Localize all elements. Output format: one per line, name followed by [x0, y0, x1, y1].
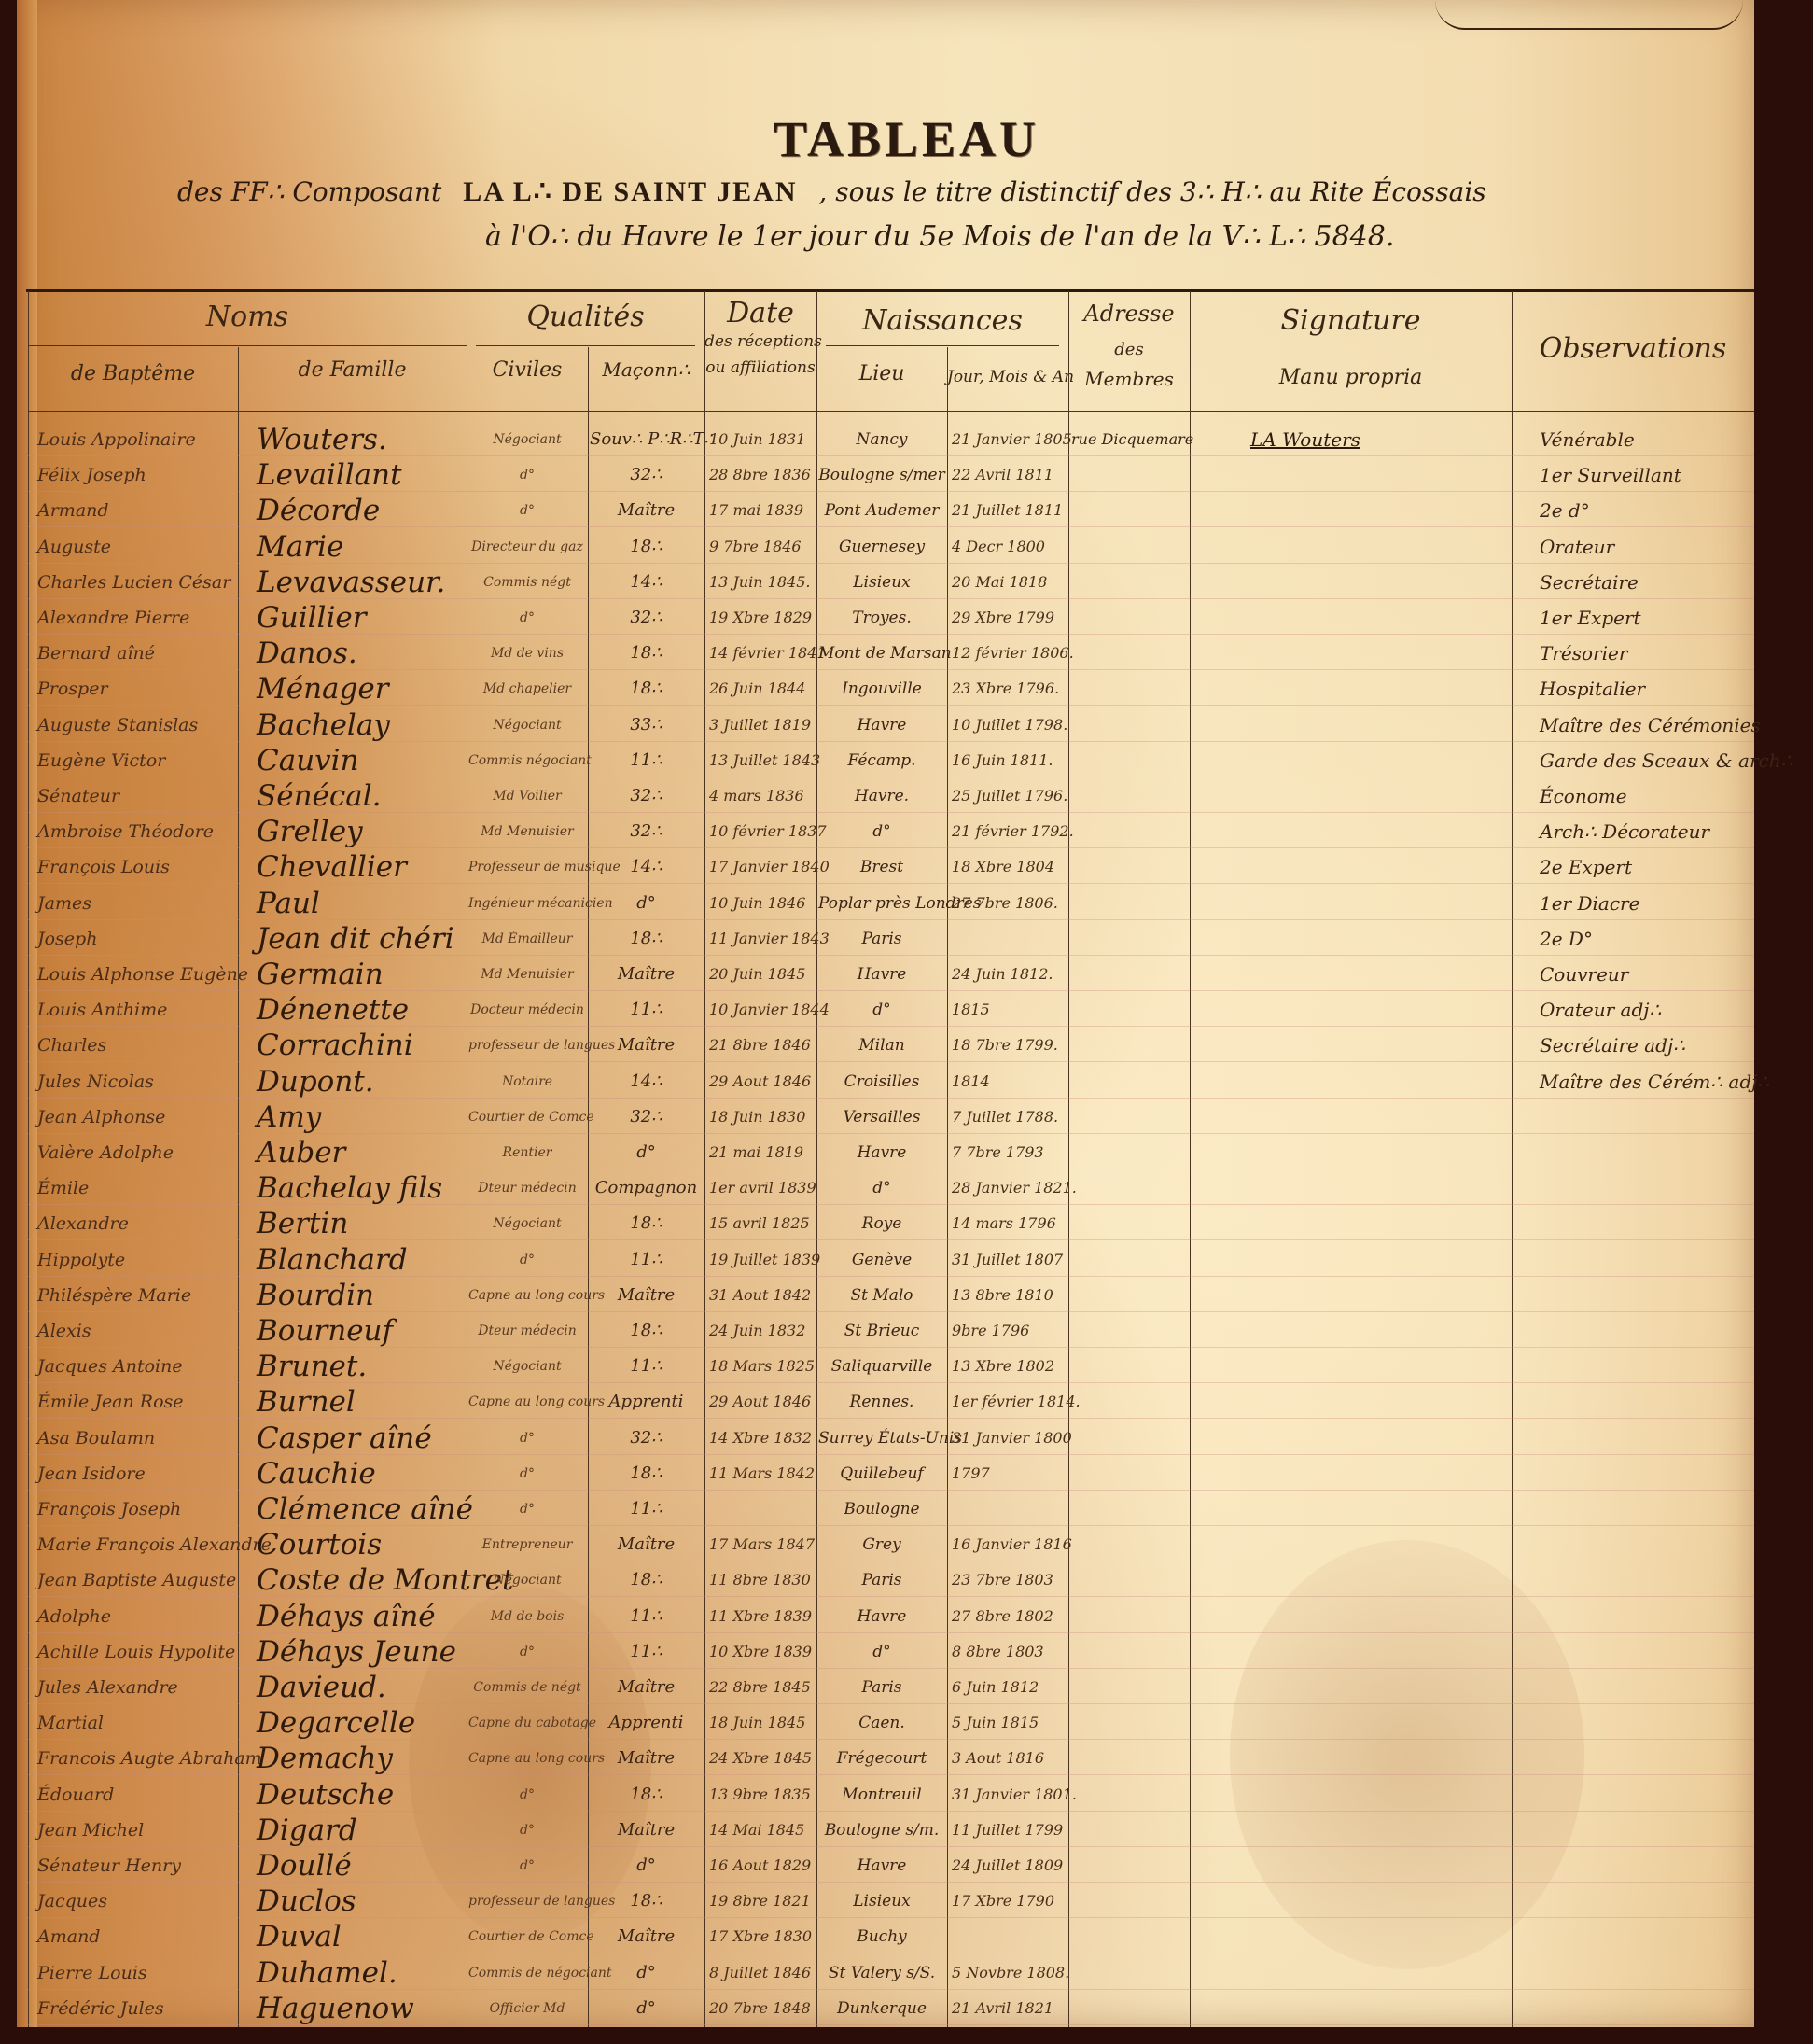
cell-nom-famille: Davieud. [257, 1670, 467, 1705]
cell-grade-maconnique: 18∴ [590, 1206, 703, 1241]
cell-grade-maconnique: Apprenti [590, 1705, 703, 1741]
cell-prenom: Charles Lucien César [37, 565, 233, 600]
cell-observation: Hospitalier [1540, 671, 1754, 707]
cell-signature: LA Wouters [1250, 422, 1493, 457]
cell-observation: 2e Expert [1540, 849, 1754, 885]
cell-date-reception [709, 1491, 816, 1527]
cell-nom-famille: Auber [257, 1135, 467, 1170]
cell-nom-famille: Courtois [257, 1527, 467, 1562]
cell-observation: Orateur [1540, 529, 1754, 565]
header-group-adresse: Adresse [1068, 301, 1190, 327]
cell-lieu-naissance: Croisilles [818, 1064, 945, 1099]
cell-qualite-civile: Commis négt [468, 565, 586, 600]
cell-observation [1540, 1955, 1754, 1991]
cell-signature [1250, 636, 1493, 671]
cell-lieu-naissance: Mont de Marsan [818, 636, 945, 671]
cell-nom-famille: Chevallier [257, 849, 467, 885]
cell-observation: Maître des Cérém∴ adj∴ [1540, 1064, 1754, 1099]
cell-prenom: Achille Louis Hypolite [37, 1634, 233, 1670]
cell-lieu-naissance: St Brieuc [818, 1313, 945, 1349]
cell-prenom: Sénateur Henry [37, 1848, 233, 1883]
cell-observation [1540, 1278, 1754, 1313]
cell-date-reception: 18 Juin 1830 [709, 1099, 816, 1135]
cell-date-naissance: 9bre 1796 [952, 1313, 1068, 1349]
cell-lieu-naissance: d° [818, 1170, 945, 1206]
cell-prenom: Louis Anthime [37, 992, 233, 1028]
cell-date-reception: 13 9bre 1835 [709, 1777, 816, 1813]
cell-qualite-civile: Entrepreneur [468, 1527, 586, 1562]
cell-nom-famille: Cauvin [257, 743, 467, 778]
cell-prenom: Édouard [37, 1777, 233, 1813]
cell-adresse [1071, 1313, 1188, 1349]
cell-grade-maconnique: 11∴ [590, 1634, 703, 1670]
cell-nom-famille: Deutsche [257, 1777, 467, 1813]
cell-signature [1250, 1741, 1493, 1776]
cell-date-naissance: 6 Juin 1812 [952, 1670, 1068, 1705]
header-group-naissances: Naissances [816, 304, 1068, 337]
cell-date-reception: 10 Juin 1831 [709, 422, 816, 457]
cell-adresse [1071, 1991, 1188, 2026]
cell-signature [1250, 849, 1493, 885]
cell-nom-famille: Coste de Montret [257, 1562, 467, 1598]
cell-date-naissance: 5 Juin 1815 [952, 1705, 1068, 1741]
cell-adresse [1071, 992, 1188, 1028]
cell-signature [1250, 1599, 1493, 1634]
cell-signature [1250, 1206, 1493, 1241]
cell-date-reception: 9 7bre 1846 [709, 529, 816, 565]
cell-date-naissance: 21 février 1792. [952, 814, 1068, 849]
cell-grade-maconnique: 32∴ [590, 457, 703, 493]
cell-date-reception: 14 février 1841 [709, 636, 816, 671]
cell-date-naissance: 10 Juillet 1798. [952, 707, 1068, 743]
cell-lieu-naissance: Frégecourt [818, 1741, 945, 1776]
cell-lieu-naissance: Caen. [818, 1705, 945, 1741]
cell-qualite-civile: d° [468, 1491, 586, 1527]
cell-qualite-civile: professeur de langues [468, 1883, 586, 1919]
cell-qualite-civile: Md de bois [468, 1599, 586, 1634]
cell-date-reception: 11 Janvier 1843 [709, 921, 816, 957]
cell-nom-famille: Déhays Jeune [257, 1634, 467, 1670]
cell-qualite-civile: d° [468, 1242, 586, 1278]
cell-signature [1250, 1670, 1493, 1705]
cell-lieu-naissance: Guernesey [818, 529, 945, 565]
cell-lieu-naissance: Paris [818, 1562, 945, 1598]
cell-grade-maconnique: 18∴ [590, 1456, 703, 1491]
cell-date-naissance: 28 Janvier 1821. [952, 1170, 1068, 1206]
cell-date-reception: 21 8bre 1846 [709, 1028, 816, 1063]
cell-signature [1250, 600, 1493, 636]
cell-date-naissance: 7 Juillet 1788. [952, 1099, 1068, 1135]
cell-adresse [1071, 1384, 1188, 1420]
cell-prenom: Louis Alphonse Eugène [37, 957, 233, 992]
cell-qualite-civile: Md Menuisier [468, 814, 586, 849]
cell-lieu-naissance: Boulogne s/m. [818, 1813, 945, 1848]
cell-date-reception: 14 Xbre 1832 [709, 1421, 816, 1456]
cell-nom-famille: Levaillant [257, 457, 467, 493]
cell-date-naissance: 3 Aout 1816 [952, 1741, 1068, 1776]
cell-signature [1250, 1278, 1493, 1313]
cell-lieu-naissance: Lisieux [818, 1883, 945, 1919]
cell-qualite-civile: d° [468, 493, 586, 528]
cell-prenom: Alexandre Pierre [37, 600, 233, 636]
header-receptions-line1: des réceptions [704, 332, 816, 351]
cell-prenom: Francois Augte Abraham [37, 1741, 233, 1776]
cell-observation [1540, 1813, 1754, 1848]
cell-date-reception: 24 Xbre 1845 [709, 1741, 816, 1776]
cell-date-reception: 10 février 1837 [709, 814, 816, 849]
cell-lieu-naissance: St Valery s/S. [818, 1955, 945, 1991]
cell-qualite-civile: Négociant [468, 1206, 586, 1241]
cell-adresse [1071, 778, 1188, 814]
cell-qualite-civile: Rentier [468, 1135, 586, 1170]
header-adresse-membres: Membres [1068, 368, 1190, 390]
cell-observation [1540, 1777, 1754, 1813]
subtitle-prefix: des FF∴ Composant [177, 176, 441, 207]
header-group-observations: Observations [1512, 332, 1754, 365]
cell-lieu-naissance: Troyes. [818, 600, 945, 636]
cell-prenom: Ambroise Théodore [37, 814, 233, 849]
cell-nom-famille: Paul [257, 886, 467, 921]
cell-signature [1250, 1705, 1493, 1741]
cell-nom-famille: Marie [257, 529, 467, 565]
cell-date-reception: 17 mai 1839 [709, 493, 816, 528]
cell-signature [1250, 1527, 1493, 1562]
cell-adresse [1071, 1848, 1188, 1883]
header-group-signature: Signature [1190, 304, 1512, 337]
cell-qualite-civile: d° [468, 600, 586, 636]
cell-observation: Économe [1540, 778, 1754, 814]
cell-nom-famille: Burnel [257, 1384, 467, 1420]
cell-adresse [1071, 814, 1188, 849]
cell-grade-maconnique: 18∴ [590, 1883, 703, 1919]
cell-date-naissance: 24 Juillet 1809 [952, 1848, 1068, 1883]
cell-signature [1250, 457, 1493, 493]
cell-signature [1250, 886, 1493, 921]
cell-adresse [1071, 1562, 1188, 1598]
cell-grade-maconnique: d° [590, 1991, 703, 2026]
cell-observation [1540, 1883, 1754, 1919]
cell-date-naissance: 4 Decr 1800 [952, 529, 1068, 565]
cell-lieu-naissance: d° [818, 814, 945, 849]
cell-date-naissance: 1814 [952, 1064, 1068, 1099]
cell-nom-famille: Bertin [257, 1206, 467, 1241]
cell-prenom: François Joseph [37, 1491, 233, 1527]
cell-qualite-civile: d° [468, 1421, 586, 1456]
cell-adresse [1071, 1349, 1188, 1384]
cell-date-naissance: 7 7bre 1793 [952, 1135, 1068, 1170]
cell-nom-famille: Guillier [257, 600, 467, 636]
cell-signature [1250, 814, 1493, 849]
cell-lieu-naissance: Rennes. [818, 1384, 945, 1420]
cell-qualite-civile: Négociant [468, 707, 586, 743]
cell-adresse [1071, 1028, 1188, 1063]
cell-nom-famille: Danos. [257, 636, 467, 671]
cell-qualite-civile: Négociant [468, 1562, 586, 1598]
cell-signature [1250, 493, 1493, 528]
cell-nom-famille: Duval [257, 1919, 467, 1954]
cell-adresse [1071, 707, 1188, 743]
cell-prenom: Auguste Stanislas [37, 707, 233, 743]
cell-date-naissance: 1815 [952, 992, 1068, 1028]
cell-date-naissance: 31 Janvier 1801. [952, 1777, 1068, 1813]
header-lieu: Lieu [816, 362, 947, 385]
cell-grade-maconnique: 14∴ [590, 565, 703, 600]
cell-signature [1250, 1491, 1493, 1527]
cell-lieu-naissance: Havre [818, 1135, 945, 1170]
cell-qualite-civile: Md Voilier [468, 778, 586, 814]
cell-grade-maconnique: Apprenti [590, 1384, 703, 1420]
cell-grade-maconnique: 11∴ [590, 1349, 703, 1384]
cell-nom-famille: Casper aîné [257, 1421, 467, 1456]
cell-prenom: Joseph [37, 921, 233, 957]
cell-adresse [1071, 1634, 1188, 1670]
header-famille: de Famille [238, 358, 467, 382]
cell-adresse [1071, 921, 1188, 957]
cell-date-reception: 26 Juin 1844 [709, 671, 816, 707]
cell-qualite-civile: Dteur médecin [468, 1170, 586, 1206]
cell-adresse [1071, 957, 1188, 992]
cell-date-reception: 11 Xbre 1839 [709, 1599, 816, 1634]
cell-signature [1250, 957, 1493, 992]
cell-adresse [1071, 1099, 1188, 1135]
cell-grade-maconnique: 11∴ [590, 743, 703, 778]
cell-observation [1540, 1456, 1754, 1491]
cell-nom-famille: Amy [257, 1099, 467, 1135]
cell-prenom: Philéspère Marie [37, 1278, 233, 1313]
cell-qualite-civile: Ingénieur mécanicien [468, 886, 586, 921]
header-civiles: Civiles [467, 358, 588, 382]
cell-adresse [1071, 636, 1188, 671]
cell-qualite-civile: Md Menuisier [468, 957, 586, 992]
cell-prenom: Félix Joseph [37, 457, 233, 493]
cell-prenom: Hippolyte [37, 1242, 233, 1278]
header-jour-mois-an: Jour, Mois & An [947, 368, 1068, 386]
cell-date-reception: 17 Mars 1847 [709, 1527, 816, 1562]
cell-adresse [1071, 1135, 1188, 1170]
cell-observation [1540, 1206, 1754, 1241]
cell-grade-maconnique: 11∴ [590, 992, 703, 1028]
cell-nom-famille: Blanchard [257, 1242, 467, 1278]
cell-observation [1540, 1705, 1754, 1741]
header-group-noms: Noms [28, 301, 467, 333]
cell-lieu-naissance: Havre. [818, 778, 945, 814]
cell-lieu-naissance: Havre [818, 707, 945, 743]
cell-qualite-civile: d° [468, 1456, 586, 1491]
cell-date-reception: 29 Aout 1846 [709, 1064, 816, 1099]
cell-signature [1250, 743, 1493, 778]
cell-grade-maconnique: 14∴ [590, 849, 703, 885]
cell-qualite-civile: d° [468, 1777, 586, 1813]
cell-observation [1540, 1991, 1754, 2026]
cell-grade-maconnique: d° [590, 886, 703, 921]
cell-date-naissance: 22 Avril 1811 [952, 457, 1068, 493]
cell-grade-maconnique: 18∴ [590, 1777, 703, 1813]
cell-nom-famille: Corrachini [257, 1028, 467, 1063]
cell-lieu-naissance: Boulogne [818, 1491, 945, 1527]
cell-adresse [1071, 886, 1188, 921]
cell-grade-maconnique: d° [590, 1955, 703, 1991]
cell-date-reception: 11 Mars 1842 [709, 1456, 816, 1491]
cell-observation [1540, 1170, 1754, 1206]
cell-date-naissance: 25 Juillet 1796. [952, 778, 1068, 814]
cell-grade-maconnique: 11∴ [590, 1242, 703, 1278]
cell-date-naissance: 23 Xbre 1796. [952, 671, 1068, 707]
cell-nom-famille: Degarcelle [257, 1705, 467, 1741]
cell-qualite-civile: Professeur de musique [468, 849, 586, 885]
cell-observation [1540, 1349, 1754, 1384]
cell-date-naissance: 1797 [952, 1456, 1068, 1491]
cell-date-naissance: 12 février 1806. [952, 636, 1068, 671]
cell-adresse [1071, 600, 1188, 636]
cell-date-reception: 21 mai 1819 [709, 1135, 816, 1170]
cell-adresse [1071, 457, 1188, 493]
cell-grade-maconnique: 11∴ [590, 1491, 703, 1527]
cell-signature [1250, 1883, 1493, 1919]
cell-prenom: Charles [37, 1028, 233, 1063]
cell-qualite-civile: Commis de négt [468, 1670, 586, 1705]
cell-adresse [1071, 1670, 1188, 1705]
cell-date-naissance [952, 921, 1068, 957]
cell-signature [1250, 921, 1493, 957]
cell-lieu-naissance: Dunkerque [818, 1991, 945, 2026]
cell-observation: Arch∴ Décorateur [1540, 814, 1754, 849]
cell-date-reception: 14 Mai 1845 [709, 1813, 816, 1848]
cell-signature [1250, 1349, 1493, 1384]
cell-signature [1250, 1313, 1493, 1349]
cell-nom-famille: Wouters. [257, 422, 467, 457]
cell-prenom: Alexis [37, 1313, 233, 1349]
cell-qualite-civile: Docteur médecin [468, 992, 586, 1028]
document-subtitle-line2: à l'O∴ du Havre le 1er jour du 5e Mois d… [485, 220, 1418, 253]
cell-prenom: Asa Boulamn [37, 1421, 233, 1456]
cell-nom-famille: Clémence aîné [257, 1491, 467, 1527]
cell-grade-maconnique: 32∴ [590, 778, 703, 814]
cell-date-naissance: 29 Xbre 1799 [952, 600, 1068, 636]
cell-qualite-civile: Commis négociant [468, 743, 586, 778]
cell-grade-maconnique: Maître [590, 1670, 703, 1705]
cell-signature [1250, 1028, 1493, 1063]
cell-date-reception: 24 Juin 1832 [709, 1313, 816, 1349]
cell-date-naissance: 16 Janvier 1816 [952, 1527, 1068, 1562]
cell-date-reception: 31 Aout 1842 [709, 1278, 816, 1313]
cell-prenom: François Louis [37, 849, 233, 885]
cell-observation: 1er Diacre [1540, 886, 1754, 921]
cell-qualite-civile: Capne au long cours [468, 1741, 586, 1776]
cell-lieu-naissance: Brest [818, 849, 945, 885]
cell-date-naissance: 14 mars 1796 [952, 1206, 1068, 1241]
cell-grade-maconnique: 32∴ [590, 600, 703, 636]
cell-observation: Maître des Cérémonies [1540, 707, 1754, 743]
cell-date-reception: 29 Aout 1846 [709, 1384, 816, 1420]
cell-date-reception: 19 8bre 1821 [709, 1883, 816, 1919]
cell-observation [1540, 1670, 1754, 1705]
cell-nom-famille: Ménager [257, 671, 467, 707]
cell-date-naissance [952, 1919, 1068, 1954]
cell-date-reception: 11 8bre 1830 [709, 1562, 816, 1598]
cell-adresse [1071, 1491, 1188, 1527]
cell-adresse [1071, 1278, 1188, 1313]
cell-date-reception: 13 Juin 1845. [709, 565, 816, 600]
cell-signature [1250, 1813, 1493, 1848]
cell-observation: 2e d° [1540, 493, 1754, 528]
cell-date-reception: 28 8bre 1836 [709, 457, 816, 493]
header-group-date: Date [704, 297, 816, 329]
cell-date-reception: 20 7bre 1848 [709, 1991, 816, 2026]
cell-qualite-civile: Md Émailleur [468, 921, 586, 957]
cell-lieu-naissance: Nancy [818, 422, 945, 457]
cell-signature [1250, 1562, 1493, 1598]
cell-qualite-civile: Négociant [468, 422, 586, 457]
cell-nom-famille: Bourneuf [257, 1313, 467, 1349]
cell-prenom: Jean Baptiste Auguste [37, 1562, 233, 1598]
cell-prenom: Émile [37, 1170, 233, 1206]
cell-date-reception: 18 Juin 1845 [709, 1705, 816, 1741]
cell-lieu-naissance: Poplar près Londres [818, 886, 945, 921]
cell-prenom: James [37, 886, 233, 921]
cell-signature [1250, 1634, 1493, 1670]
cell-nom-famille: Dénenette [257, 992, 467, 1028]
cell-lieu-naissance: Lisieux [818, 565, 945, 600]
cell-grade-maconnique: Maître [590, 1919, 703, 1954]
cell-signature [1250, 1456, 1493, 1491]
cell-date-reception: 17 Xbre 1830 [709, 1919, 816, 1954]
cell-grade-maconnique: Maître [590, 1278, 703, 1313]
cell-lieu-naissance: Saliquarville [818, 1349, 945, 1384]
cell-grade-maconnique: Compagnon [590, 1170, 703, 1206]
cell-nom-famille: Duclos [257, 1883, 467, 1919]
cell-lieu-naissance: Boulogne s/mer [818, 457, 945, 493]
cell-observation [1540, 1491, 1754, 1527]
cell-date-reception: 3 Juillet 1819 [709, 707, 816, 743]
cell-prenom: Marie François Alexandre [37, 1527, 233, 1562]
cell-date-reception: 18 Mars 1825 [709, 1349, 816, 1384]
page-header-tab [1435, 0, 1743, 30]
cell-observation [1540, 1599, 1754, 1634]
cell-signature [1250, 1384, 1493, 1420]
cell-grade-maconnique: 18∴ [590, 1313, 703, 1349]
cell-observation [1540, 1421, 1754, 1456]
cell-date-naissance: 13 8bre 1810 [952, 1278, 1068, 1313]
cell-qualite-civile: d° [468, 1848, 586, 1883]
cell-observation [1540, 1562, 1754, 1598]
cell-date-naissance: 21 Janvier 1805 [952, 422, 1068, 457]
header-adresse-des: des [1068, 340, 1190, 359]
cell-adresse [1071, 1777, 1188, 1813]
subtitle-suffix: , sous le titre distinctif des 3∴ H∴ au … [818, 176, 1485, 207]
cell-nom-famille: Cauchie [257, 1456, 467, 1491]
document-subtitle-line1: des FF∴ Composant LA L∴ DE SAINT JEAN , … [177, 175, 1577, 208]
cell-lieu-naissance: St Malo [818, 1278, 945, 1313]
cell-adresse [1071, 565, 1188, 600]
cell-date-reception: 4 mars 1836 [709, 778, 816, 814]
cell-nom-famille: Doullé [257, 1848, 467, 1883]
cell-lieu-naissance: Havre [818, 1848, 945, 1883]
cell-lieu-naissance: Versailles [818, 1099, 945, 1135]
cell-observation: Garde des Sceaux & arch∴ [1540, 743, 1754, 778]
cell-lieu-naissance: Havre [818, 1599, 945, 1634]
cell-date-naissance: 21 Juillet 1811 [952, 493, 1068, 528]
cell-nom-famille: Levavasseur. [257, 565, 467, 600]
cell-grade-maconnique: 18∴ [590, 921, 703, 957]
cell-date-naissance: 31 Janvier 1800 [952, 1421, 1068, 1456]
cell-date-reception: 10 Janvier 1844 [709, 992, 816, 1028]
cell-observation [1540, 1527, 1754, 1562]
cell-observation [1540, 1242, 1754, 1278]
cell-prenom: Sénateur [37, 778, 233, 814]
cell-prenom: Louis Appolinaire [37, 422, 233, 457]
cell-lieu-naissance: Milan [818, 1028, 945, 1063]
cell-qualite-civile: Notaire [468, 1064, 586, 1099]
